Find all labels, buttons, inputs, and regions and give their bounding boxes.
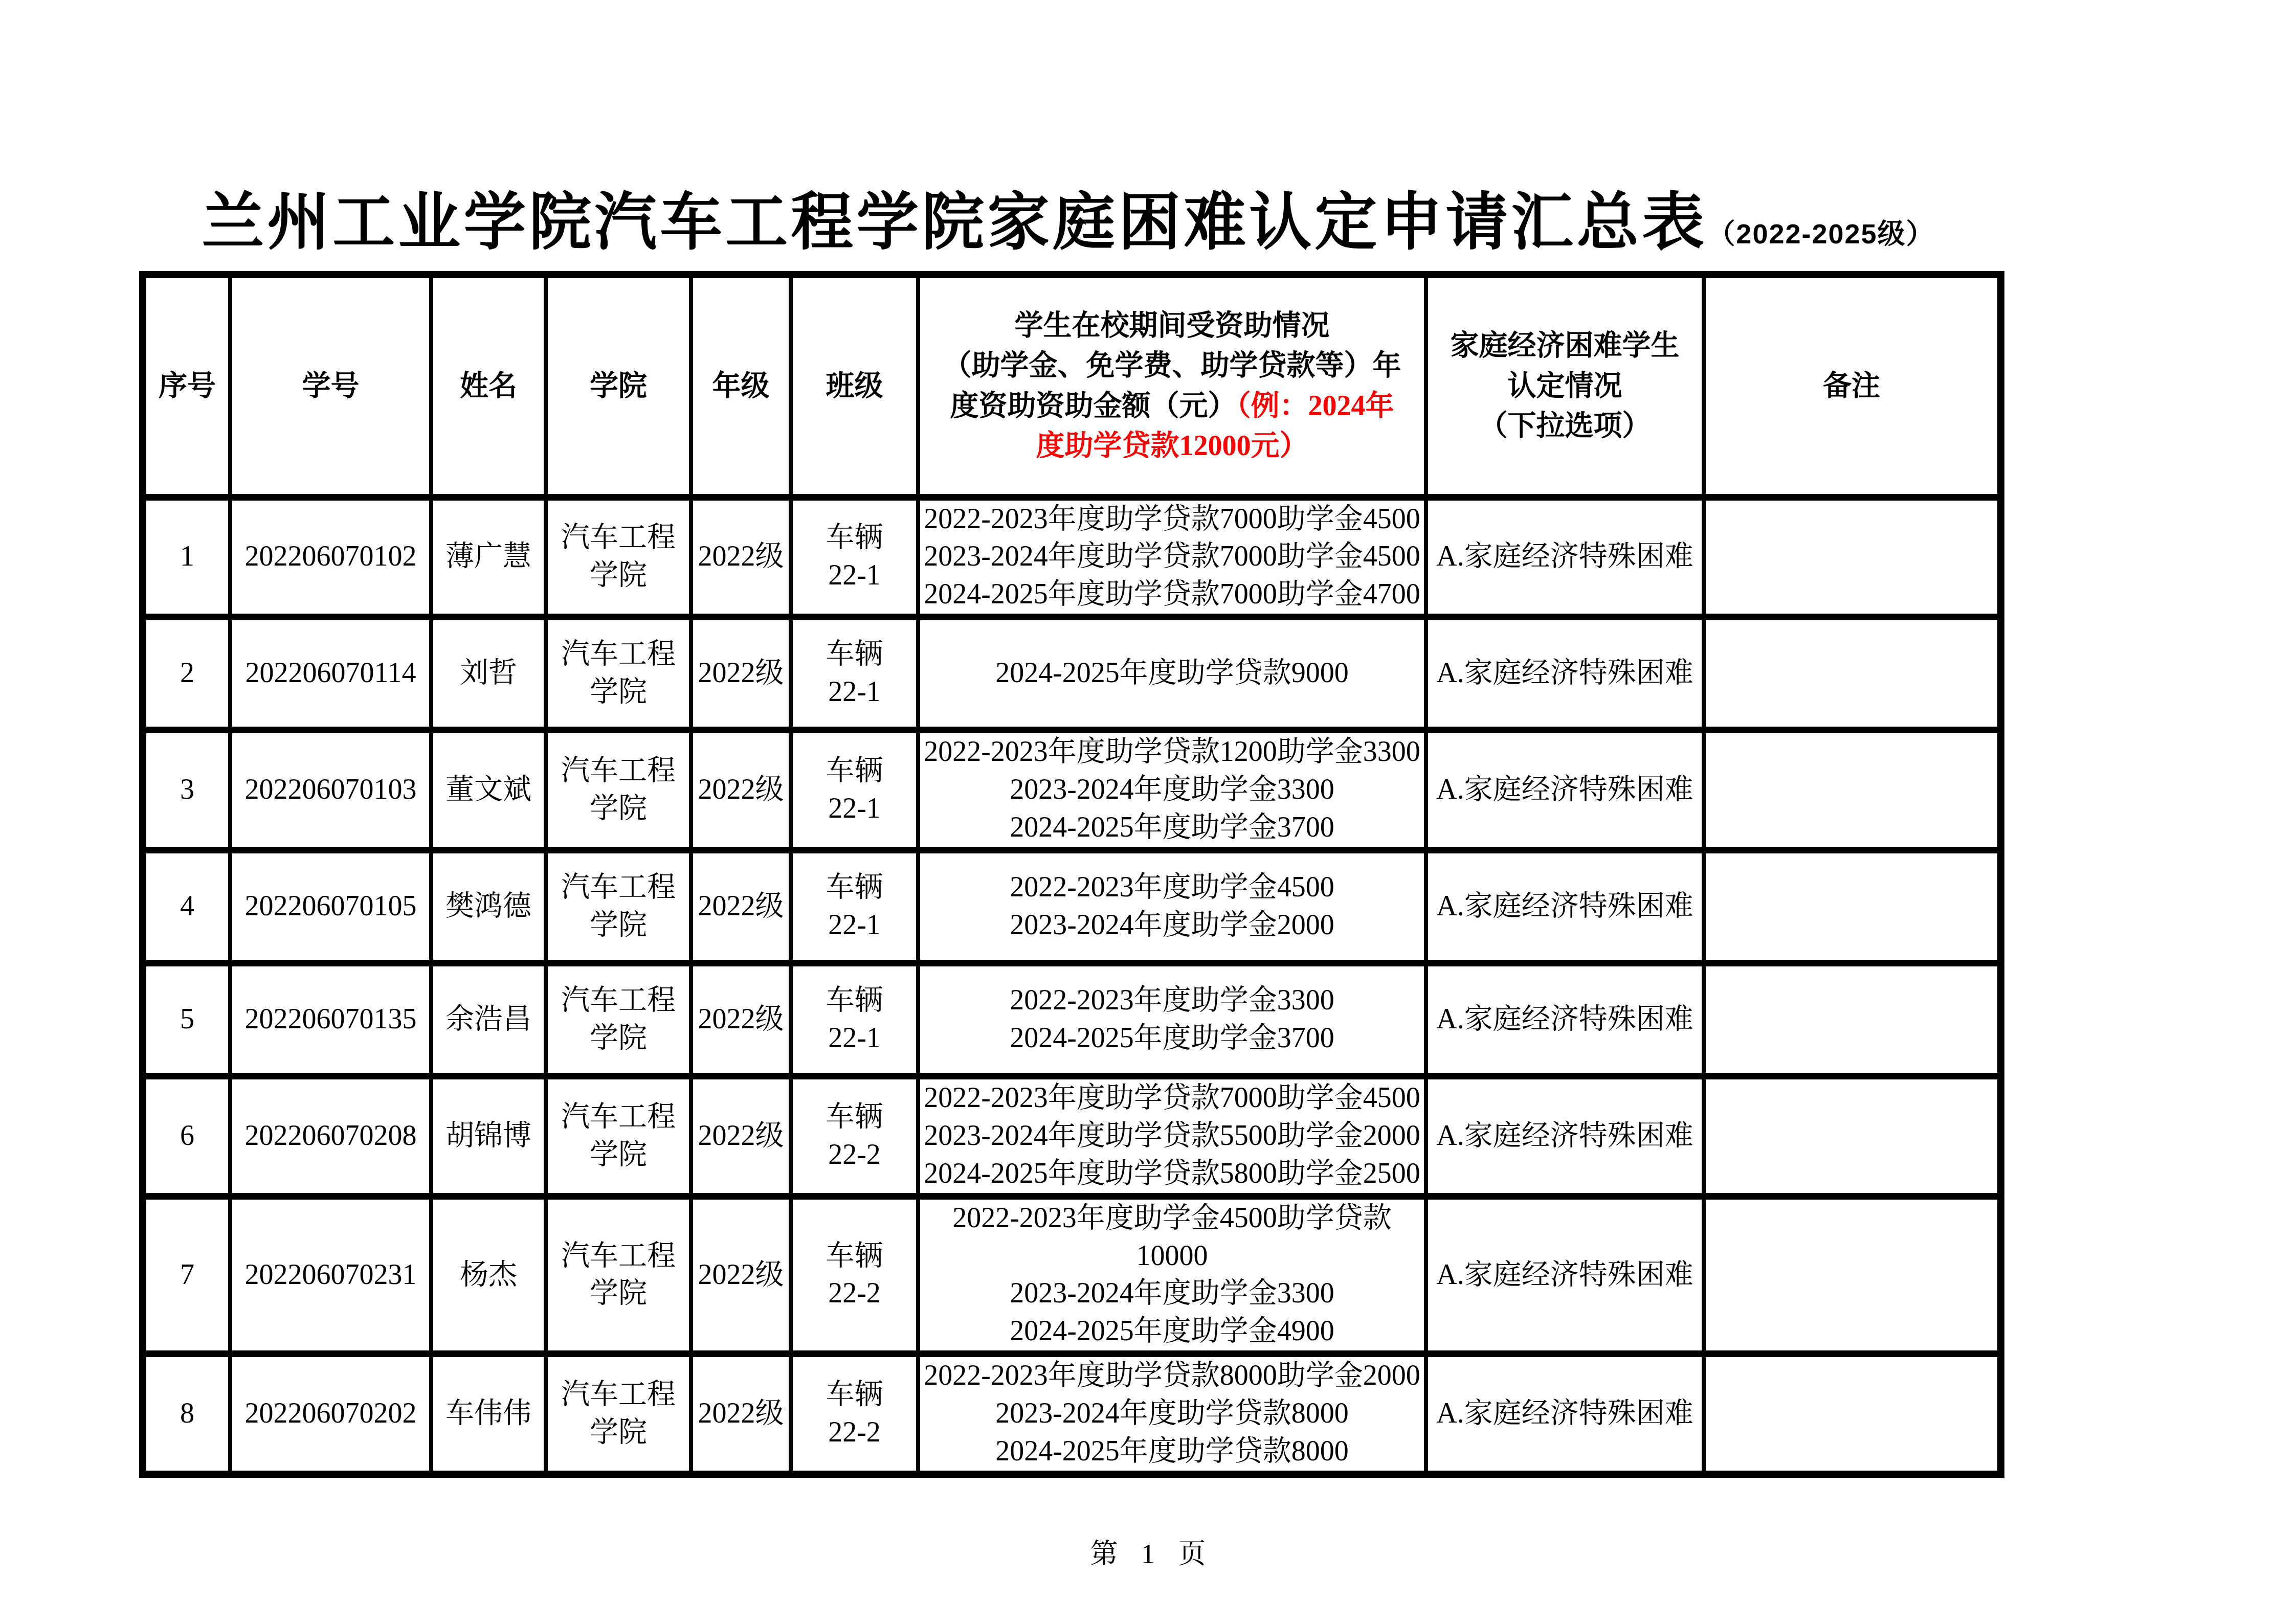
cell-grade: 2022级 — [691, 963, 791, 1076]
header-funding: 学生在校期间受资助情况 （助学金、免学费、助学贷款等）年 度资助资助金额（元）（… — [918, 275, 1426, 497]
cell-student-id: 202206070135 — [230, 963, 431, 1076]
cell-student-id: 202206070105 — [230, 850, 431, 963]
table-row: 6 202206070208 胡锦博 汽车工程 学院 2022级 车辆 22-2… — [143, 1076, 2001, 1196]
cell-grade: 2022级 — [691, 850, 791, 963]
table-row: 7 202206070231 杨杰 汽车工程 学院 2022级 车辆 22-2 … — [143, 1196, 2001, 1354]
cell-name: 樊鸿德 — [431, 850, 546, 963]
page-number: 第 1 页 — [0, 1532, 2296, 1571]
cell-index: 8 — [143, 1354, 230, 1474]
cell-grade: 2022级 — [691, 497, 791, 617]
page-title: 兰州工业学院汽车工程学院家庭困难认定申请汇总表（2022-2025级） — [139, 172, 1997, 261]
cell-funding: 2022-2023年度助学贷款7000助学金4500 2023-2024年度助学… — [918, 1076, 1426, 1196]
table-row: 4 202206070105 樊鸿德 汽车工程 学院 2022级 车辆 22-1… — [143, 850, 2001, 963]
table-row: 3 202206070103 董文斌 汽车工程 学院 2022级 车辆 22-1… — [143, 730, 2001, 850]
cell-name: 刘哲 — [431, 617, 546, 730]
cell-student-id: 202206070102 — [230, 497, 431, 617]
cell-funding: 2022-2023年度助学贷款1200助学金3300 2023-2024年度助学… — [918, 730, 1426, 850]
summary-table: 序号 学号 姓名 学院 年级 班级 学生在校期间受资助情况 （助学金、免学费、助… — [139, 271, 2004, 1478]
cell-index: 3 — [143, 730, 230, 850]
header-grade: 年级 — [691, 275, 791, 497]
header-name: 姓名 — [431, 275, 546, 497]
cell-status: A.家庭经济特殊困难 — [1426, 617, 1704, 730]
cell-name: 杨杰 — [431, 1196, 546, 1354]
cell-student-id: 202206070231 — [230, 1196, 431, 1354]
cell-remark — [1704, 850, 2001, 963]
cell-class: 车辆 22-1 — [791, 963, 918, 1076]
header-status: 家庭经济困难学生 认定情况 （下拉选项） — [1426, 275, 1704, 497]
cell-class: 车辆 22-2 — [791, 1076, 918, 1196]
cell-remark — [1704, 617, 2001, 730]
cell-college: 汽车工程 学院 — [546, 497, 691, 617]
cell-college: 汽车工程 学院 — [546, 617, 691, 730]
document-page: 兰州工业学院汽车工程学院家庭困难认定申请汇总表（2022-2025级） 序号 学… — [0, 0, 2296, 1623]
cell-status: A.家庭经济特殊困难 — [1426, 1354, 1704, 1474]
cell-college: 汽车工程 学院 — [546, 1076, 691, 1196]
cell-status: A.家庭经济特殊困难 — [1426, 497, 1704, 617]
cell-name: 薄广慧 — [431, 497, 546, 617]
cell-status: A.家庭经济特殊困难 — [1426, 1076, 1704, 1196]
cell-remark — [1704, 497, 2001, 617]
cell-index: 6 — [143, 1076, 230, 1196]
cell-class: 车辆 22-1 — [791, 497, 918, 617]
table-row: 5 202206070135 余浩昌 汽车工程 学院 2022级 车辆 22-1… — [143, 963, 2001, 1076]
cell-status: A.家庭经济特殊困难 — [1426, 730, 1704, 850]
table-header-row: 序号 学号 姓名 学院 年级 班级 学生在校期间受资助情况 （助学金、免学费、助… — [143, 275, 2001, 497]
header-index: 序号 — [143, 275, 230, 497]
page-title-main: 兰州工业学院汽车工程学院家庭困难认定申请汇总表 — [202, 187, 1707, 257]
cell-grade: 2022级 — [691, 617, 791, 730]
cell-remark — [1704, 1196, 2001, 1354]
cell-class: 车辆 22-1 — [791, 730, 918, 850]
cell-name: 胡锦博 — [431, 1076, 546, 1196]
cell-college: 汽车工程 学院 — [546, 1196, 691, 1354]
cell-class: 车辆 22-1 — [791, 850, 918, 963]
cell-remark — [1704, 730, 2001, 850]
cell-college: 汽车工程 学院 — [546, 963, 691, 1076]
cell-college: 汽车工程 学院 — [546, 730, 691, 850]
cell-funding: 2024-2025年度助学贷款9000 — [918, 617, 1426, 730]
cell-grade: 2022级 — [691, 1196, 791, 1354]
header-college: 学院 — [546, 275, 691, 497]
cell-class: 车辆 22-2 — [791, 1354, 918, 1474]
cell-name: 余浩昌 — [431, 963, 546, 1076]
cell-funding: 2022-2023年度助学金4500助学贷款10000 2023-2024年度助… — [918, 1196, 1426, 1354]
cell-remark — [1704, 1076, 2001, 1196]
table-row: 2 202206070114 刘哲 汽车工程 学院 2022级 车辆 22-1 … — [143, 617, 2001, 730]
cell-student-id: 202206070103 — [230, 730, 431, 850]
cell-funding: 2022-2023年度助学贷款7000助学金4500 2023-2024年度助学… — [918, 497, 1426, 617]
cell-index: 7 — [143, 1196, 230, 1354]
cell-funding: 2022-2023年度助学贷款8000助学金2000 2023-2024年度助学… — [918, 1354, 1426, 1474]
cell-grade: 2022级 — [691, 1354, 791, 1474]
header-remark: 备注 — [1704, 275, 2001, 497]
cell-college: 汽车工程 学院 — [546, 850, 691, 963]
cell-status: A.家庭经济特殊困难 — [1426, 850, 1704, 963]
cell-class: 车辆 22-2 — [791, 1196, 918, 1354]
page-title-suffix: （2022-2025级） — [1707, 219, 1934, 250]
cell-student-id: 202206070114 — [230, 617, 431, 730]
cell-remark — [1704, 1354, 2001, 1474]
cell-status: A.家庭经济特殊困难 — [1426, 1196, 1704, 1354]
cell-college: 汽车工程 学院 — [546, 1354, 691, 1474]
cell-student-id: 202206070202 — [230, 1354, 431, 1474]
cell-funding: 2022-2023年度助学金4500 2023-2024年度助学金2000 — [918, 850, 1426, 963]
cell-status: A.家庭经济特殊困难 — [1426, 963, 1704, 1076]
header-student-id: 学号 — [230, 275, 431, 497]
header-class: 班级 — [791, 275, 918, 497]
cell-student-id: 202206070208 — [230, 1076, 431, 1196]
cell-index: 1 — [143, 497, 230, 617]
cell-class: 车辆 22-1 — [791, 617, 918, 730]
cell-index: 4 — [143, 850, 230, 963]
cell-name: 董文斌 — [431, 730, 546, 850]
table-row: 8 202206070202 车伟伟 汽车工程 学院 2022级 车辆 22-2… — [143, 1354, 2001, 1474]
table-row: 1 202206070102 薄广慧 汽车工程 学院 2022级 车辆 22-1… — [143, 497, 2001, 617]
cell-funding: 2022-2023年度助学金3300 2024-2025年度助学金3700 — [918, 963, 1426, 1076]
cell-grade: 2022级 — [691, 1076, 791, 1196]
cell-index: 5 — [143, 963, 230, 1076]
cell-index: 2 — [143, 617, 230, 730]
cell-name: 车伟伟 — [431, 1354, 546, 1474]
cell-grade: 2022级 — [691, 730, 791, 850]
cell-remark — [1704, 963, 2001, 1076]
